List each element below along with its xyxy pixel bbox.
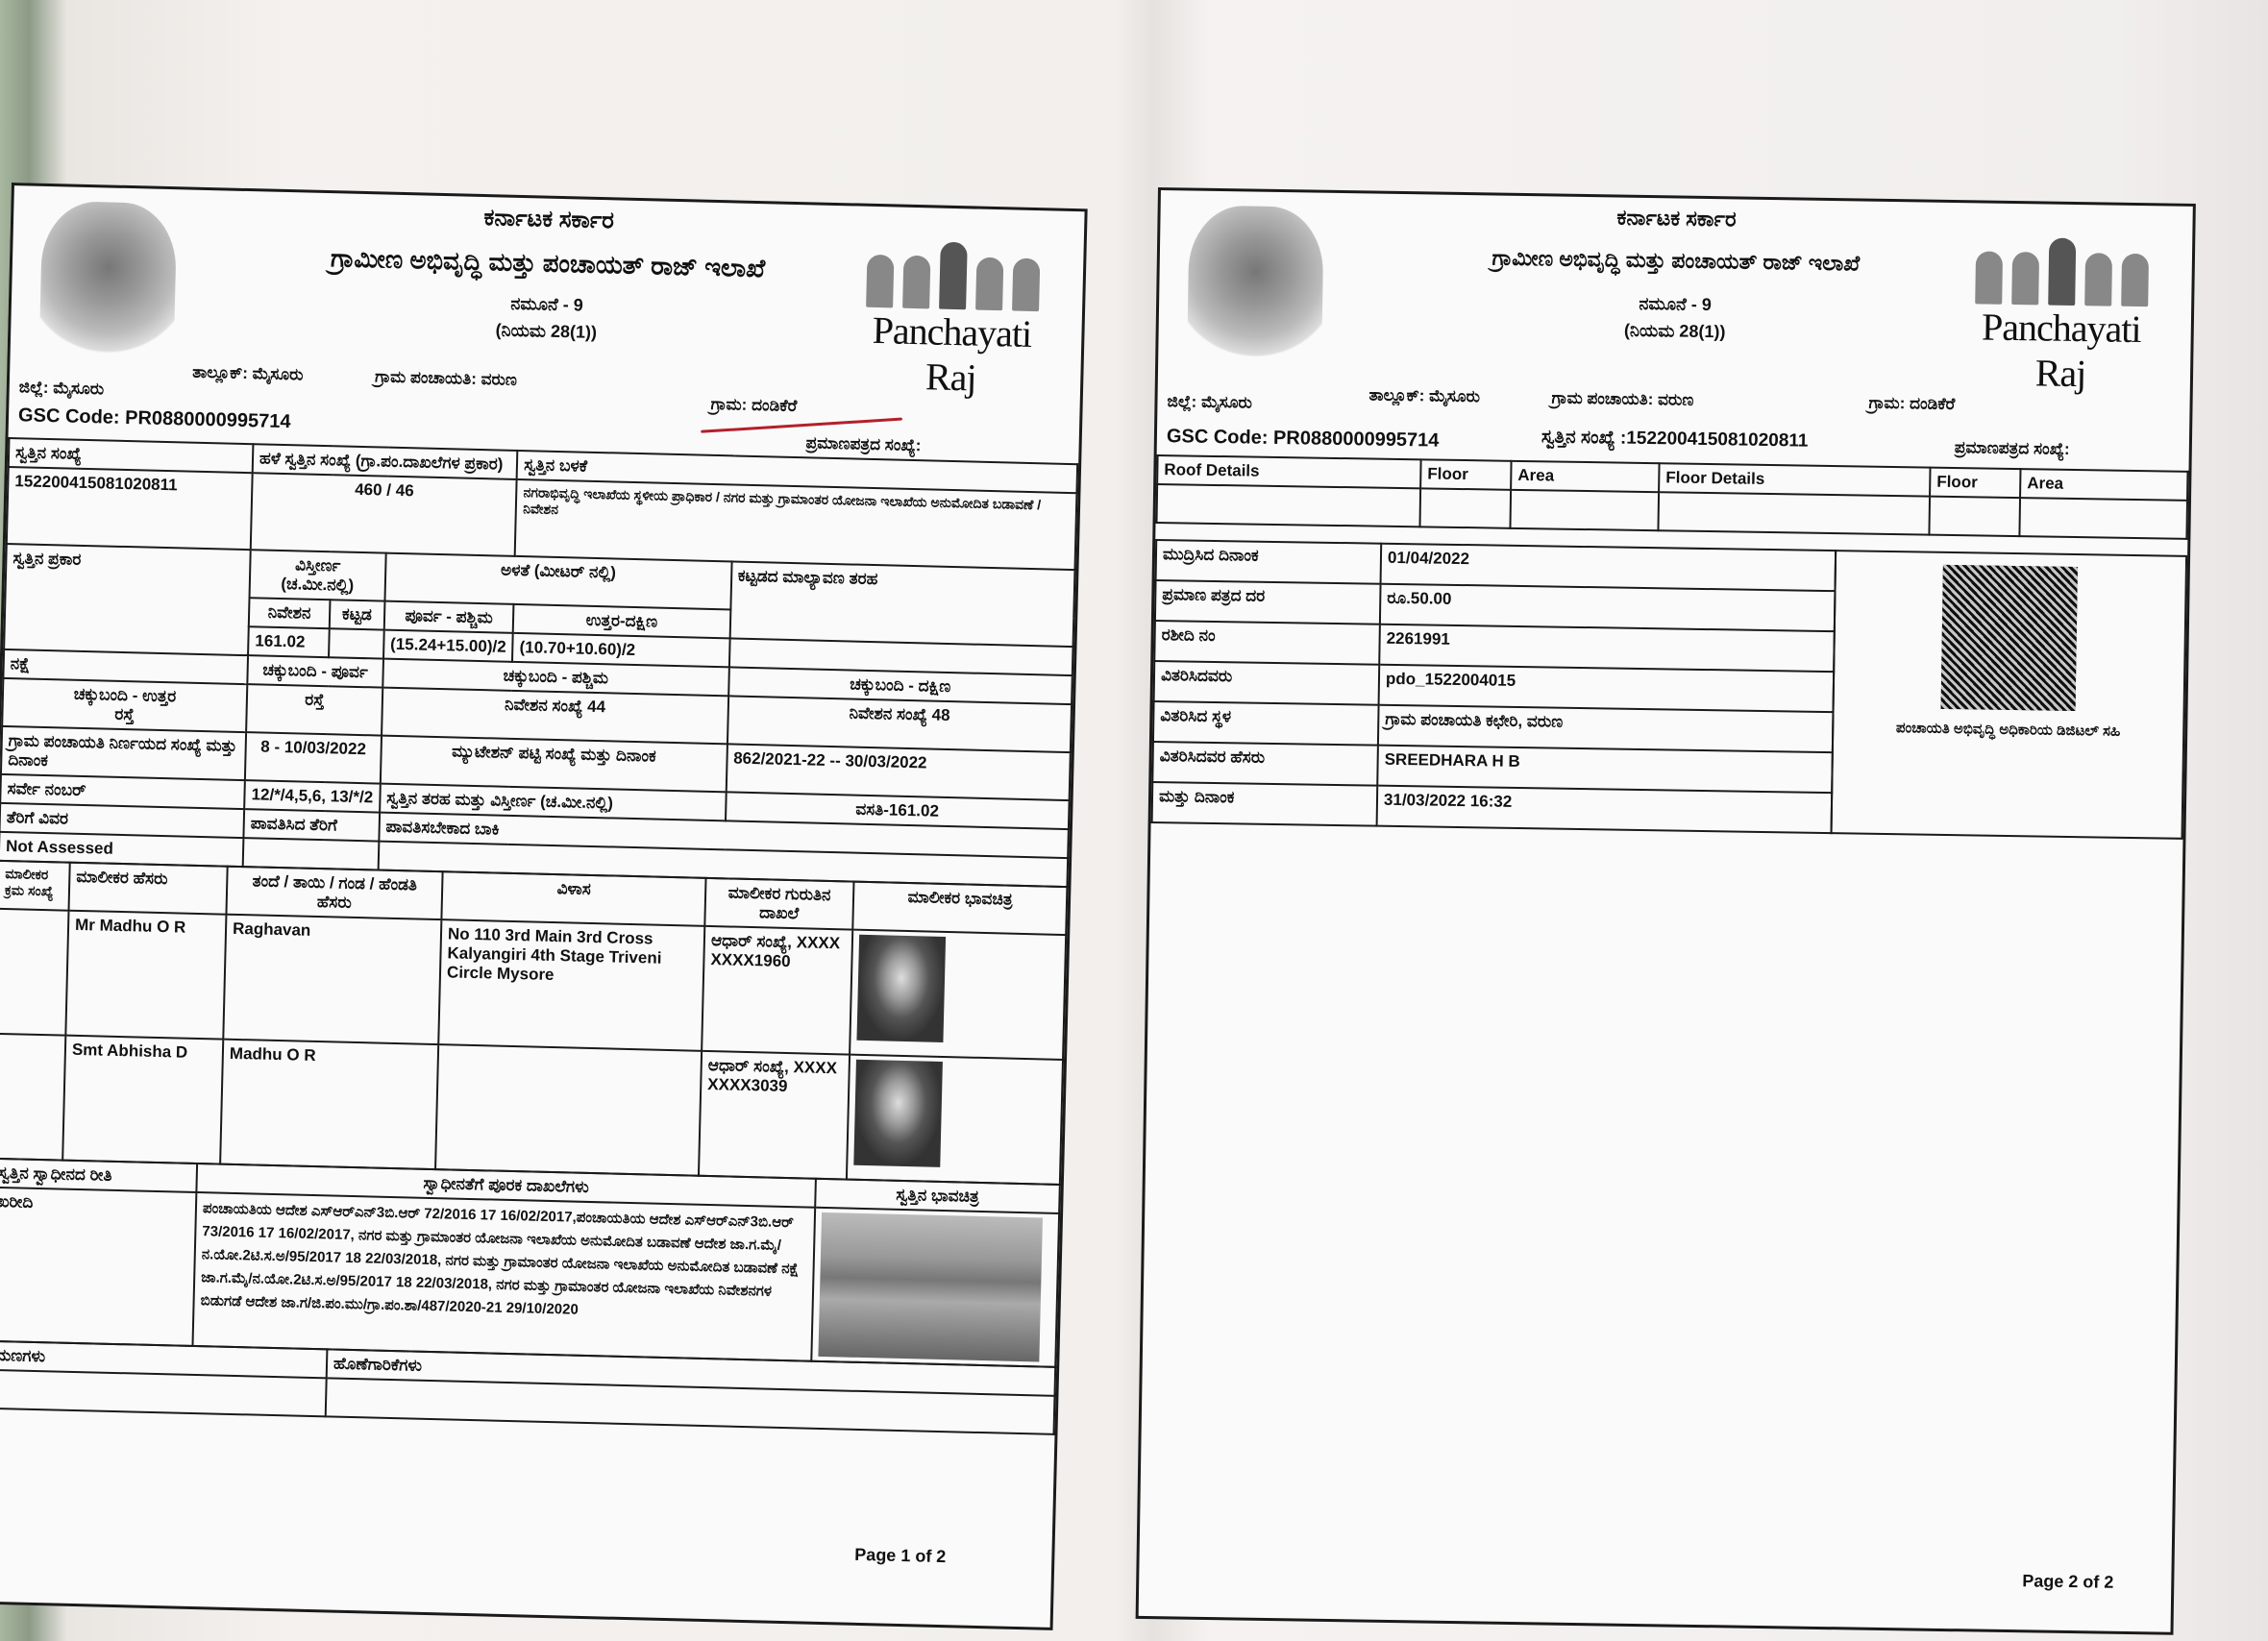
old-number: 460 / 46 xyxy=(251,473,517,556)
detail-value: pdo_1522004015 xyxy=(1379,665,1834,712)
digital-signature-box: ಪಂಚಾಯತಿ ಅಭಿವೃದ್ಧಿ ಅಧಿಕಾರಿಯ ಡಿಜಿಟಲ್ ಸಹಿ xyxy=(1830,550,2187,840)
boundary-east-label: ಚಕ್ಕುಬಂದಿ - ಪೂರ್ವ xyxy=(247,655,382,687)
people-icon xyxy=(1970,227,2154,306)
taluk: ತಾಲ್ಲೂಕ್: ಮೈಸೂರು xyxy=(192,363,304,385)
mutation-label: ಮ್ಯುಟೇಶನ್ ಪಟ್ಟಿ ಸಂಖ್ಯೆ ಮತ್ತು ದಿನಾಂಕ xyxy=(381,736,727,793)
taluk: ತಾಲ್ಲೂಕ್: ಮೈಸೂರು xyxy=(1368,385,1480,406)
detail-value: 2261991 xyxy=(1379,625,1834,672)
building-type-label: ಕಟ್ಟಡದ ಮಾಲ್ಯಾವಣ ತರಹ xyxy=(729,561,1074,647)
form9-page-1: ಕರ್ನಾಟಕ ಸರ್ಕಾರ ಗ್ರಾಮೀಣ ಅಭಿವೃದ್ಧಿ ಮತ್ತು ಪ… xyxy=(0,183,1088,1630)
owner-photo xyxy=(847,1055,1063,1185)
issue-section: ಮುದ್ರಿಸಿದ ದಿನಾಂಕ01/04/2022ಪ್ರಮಾಣ ಪತ್ರದ ದ… xyxy=(1151,539,2188,840)
owners-table: ಮಾಲೀಕರ ಕ್ರಮ ಸಂಖ್ಯೆ ಮಾಲೀಕರ ಹೆಸರು ತಂದೆ / ತ… xyxy=(0,860,1068,1186)
floor-header: Floor xyxy=(1420,459,1511,489)
gsc-code: GSC Code: PR0880000995714 xyxy=(18,404,291,433)
village: ಗ್ರಾಮ: ದಂಡಿಕೆರೆ xyxy=(710,395,797,416)
mutation-value: 862/2021-22 -- 30/03/2022 xyxy=(726,744,1070,800)
signature-caption: ಪಂಚಾಯತಿ ಅಭಿವೃದ್ಧಿ ಅಧಿಕಾರಿಯ ಡಿಜಿಟಲ್ ಸಹಿ xyxy=(1834,719,2182,741)
site-label: ನಿವೇಶನ xyxy=(249,598,331,628)
panchayati-raj-logo: Panchayati Raj xyxy=(1969,227,2155,397)
district: ಜಿಲ್ಲೆ: ಮೈಸೂರು xyxy=(19,378,105,399)
detail-label: ಪ್ರಮಾಣ ಪತ್ರದ ದರ xyxy=(1155,580,1381,625)
page-header: ಕರ್ನಾಟಕ ಸರ್ಕಾರ ಗ್ರಾಮೀಣ ಅಭಿವೃದ್ಧಿ ಮತ್ತು ಪ… xyxy=(1158,190,2193,408)
detail-label: ವಿತರಿಸಿದವರು xyxy=(1154,661,1380,705)
boundary-north: ಚಕ್ಕುಬಂದಿ - ಉತ್ತರರಸ್ತೆ xyxy=(2,678,247,732)
gp-resolution: 8 - 10/03/2022 xyxy=(245,732,382,783)
property-type-label: ಸ್ವತ್ತಿನ ಪ್ರಕಾರ xyxy=(4,544,251,655)
owner-relation: Madhu O R xyxy=(220,1040,438,1169)
ownership-type-label: ಸ್ವತ್ತಿನ ಸ್ವಾಧೀನದ ರೀತಿ xyxy=(0,1159,197,1192)
detail-label: ರಶೀದಿ ನಂ xyxy=(1154,621,1380,665)
owner-col-relation: ತಂದೆ / ತಾಯಿ / ಗಂಡ / ಹೆಂಡತಿ ಹೆಸರು xyxy=(226,867,442,919)
detail-value: ಗ್ರಾಮ ಪಂಚಾಯತಿ ಕಛೇರಿ, ವರುಣ xyxy=(1378,705,1833,752)
owner-name: Mr Madhu O R xyxy=(65,911,226,1040)
red-ink-mark xyxy=(701,418,902,433)
boundary-south: ನಿವೇಶನ ಸಂಖ್ಯೆ 48 xyxy=(727,696,1072,752)
roof-details-header: Roof Details xyxy=(1157,455,1420,488)
property-photo xyxy=(811,1208,1059,1367)
roof-floor-table: Roof Details Floor Area Floor Details Fl… xyxy=(1156,454,2189,540)
owner-col-id: ಮಾಲೀಕರ ಗುರುತಿನ ದಾಖಲೆ xyxy=(704,878,853,930)
village: ಗ್ರಾಮ: ದಂಡಿಕೆರೆ xyxy=(1868,394,1955,414)
ownership-type: ಖರೀದಿ xyxy=(0,1188,196,1346)
floor-header-2: Floor xyxy=(1930,468,2020,498)
paid-tax-value xyxy=(243,838,379,869)
gram-panchayat: ಗ್ರಾಮ ಪಂಚಾಯತಿ: ವರುಣ xyxy=(375,367,517,390)
boundary-east: ರಸ್ತೆ xyxy=(246,684,382,735)
person-photo-icon xyxy=(853,1060,943,1167)
logo-text: Panchayati Raj xyxy=(859,307,1044,403)
owner-col-address: ವಿಳಾಸ xyxy=(441,871,705,926)
certificate-number-label: ಪ್ರಮಾಣಪತ್ರದ ಸಂಖ್ಯೆ: xyxy=(805,433,921,455)
district: ಜಿಲ್ಲೆ: ಮೈಸೂರು xyxy=(1167,392,1252,412)
survey-number: 12/*/4,5,6, 13/*/2 xyxy=(244,780,380,812)
owner-address xyxy=(435,1044,702,1176)
dimensions-header: ಅಳತೆ (ಮೀಟರ್ ನಲ್ಲಿ) xyxy=(384,553,731,610)
detail-label: ವಿತರಿಸಿದ ಸ್ಥಳ xyxy=(1153,701,1379,746)
site-photo-icon xyxy=(818,1212,1043,1362)
person-photo-icon xyxy=(856,935,946,1042)
detail-label: ಮತ್ತು ದಿನಾಂಕ xyxy=(1152,782,1378,826)
east-west-value: (15.24+15.00)/2 xyxy=(383,630,513,662)
detail-value: SREEDHARA H B xyxy=(1377,746,1832,793)
logo-text: Panchayati Raj xyxy=(1969,304,2153,397)
owner-id-document: ಆಧಾರ್ ಸಂಖ್ಯೆ, XXXXXXXX3039 xyxy=(699,1051,850,1180)
area-header-2: Area xyxy=(2020,469,2187,501)
detail-value: ರೂ.50.00 xyxy=(1380,584,1835,631)
usage-value: ನಗರಾಭಿವೃದ್ಧಿ ಇಲಾಖೆಯ ಸ್ಥಳೀಯ ಪ್ರಾಧಿಕಾರ / ನ… xyxy=(515,479,1076,570)
area-header: Area xyxy=(1511,461,1659,492)
ownership-docs: ಪಂಚಾಯತಿಯ ಆದೇಶ ಎಸ್‌ಆರ್‌ಎನ್3ಬಿ.ಆರ್ 72/2016… xyxy=(192,1192,815,1361)
detail-label: ವಿತರಿಸಿದವರ ಹೆಸರು xyxy=(1152,742,1378,786)
property-number: ಸ್ವತ್ತಿನ ಸಂಖ್ಯೆ :152200415081020811 xyxy=(1541,427,1809,452)
page-number: Page 1 of 2 xyxy=(854,1545,947,1567)
owner-address: No 110 3rd Main 3rd Cross Kalyangiri 4th… xyxy=(438,919,704,1051)
gp-resolution-label: ಗ್ರಾಮ ಪಂಚಾಯತಿ ನಿರ್ಣಯದ ಸಂಖ್ಯೆ ಮತ್ತು ದಿನಾಂ… xyxy=(1,726,246,780)
owner-relation: Raghavan xyxy=(223,915,441,1044)
property-id: 152200415081020811 xyxy=(7,467,253,550)
detail-value: 01/04/2022 xyxy=(1381,544,1836,591)
page2-tables: Roof Details Floor Area Floor Details Fl… xyxy=(1151,454,2189,840)
floor-details-header: Floor Details xyxy=(1659,463,1930,496)
people-icon xyxy=(861,231,1046,312)
ownership-table: ಸ್ವತ್ತಿನ ಸ್ವಾಧೀನದ ರೀತಿ ಸ್ವಾಧೀನತೆಗೆ ಪೂರಕ … xyxy=(0,1158,1061,1368)
owner-col-name: ಮಾಲೀಕರ ಹೆಸರು xyxy=(69,863,228,915)
east-west-label: ಪೂರ್ವ - ಪಶ್ಚಿಮ xyxy=(384,601,514,633)
detail-label: ಮುದ್ರಿಸಿದ ದಿನಾಂಕ xyxy=(1156,540,1382,584)
page-header: ಕರ್ನಾಟಕ ಸರ್ಕಾರ ಗ್ರಾಮೀಣ ಅಭಿವೃದ್ಧಿ ಮತ್ತು ಪ… xyxy=(10,185,1085,413)
area-header: ವಿಸ್ತೀರ್ಣ (ಚ.ಮೀ.ನಲ್ಲಿ) xyxy=(250,550,386,600)
site-area: 161.02 xyxy=(248,626,330,657)
form9-page-2: ಕರ್ನಾಟಕ ಸರ್ಕಾರ ಗ್ರಾಮೀಣ ಅಭಿವೃದ್ಧಿ ಮತ್ತು ಪ… xyxy=(1136,187,2196,1635)
gram-panchayat: ಗ್ರಾಮ ಪಂಚಾಯತಿ: ವರುಣ xyxy=(1551,388,1693,409)
building-label: ಕಟ್ಟಡ xyxy=(330,600,385,629)
page-number: Page 2 of 2 xyxy=(2022,1571,2113,1592)
owner-id-document: ಆಧಾರ್ ಸಂಖ್ಯೆ, XXXXXXXX1960 xyxy=(702,926,852,1055)
owner-photo xyxy=(850,930,1066,1060)
property-details-table: ಸ್ವತ್ತಿನ ಸಂಖ್ಯೆ ಹಳೆ ಸ್ವತ್ತಿನ ಸಂಖ್ಯೆ (ಗ್ರ… xyxy=(0,437,1078,1435)
panchayati-raj-logo: Panchayati Raj xyxy=(859,231,1046,403)
gsc-code: GSC Code: PR0880000995714 xyxy=(1167,426,1440,452)
building-area xyxy=(329,628,384,658)
owner-name: Smt Abhisha D xyxy=(62,1036,223,1164)
owner-col-serial: ಮಾಲೀಕರ ಕ್ರಮ ಸಂಖ್ಯೆ xyxy=(0,861,70,911)
boundary-west: ನಿವೇಶನ ಸಂಖ್ಯೆ 44 xyxy=(382,688,728,745)
paid-tax-label: ಪಾವತಿಸಿದ ತೆರಿಗೆ xyxy=(243,809,379,841)
certificate-number-label: ಪ್ರಮಾಣಪತ್ರದ ಸಂಖ್ಯೆ: xyxy=(1955,438,2070,459)
issue-details-table: ಮುದ್ರಿಸಿದ ದಿನಾಂಕ01/04/2022ಪ್ರಮಾಣ ಪತ್ರದ ದ… xyxy=(1151,539,1837,834)
qr-code-icon xyxy=(1941,565,2078,711)
detail-value: 31/03/2022 16:32 xyxy=(1377,786,1832,833)
owner-col-photo: ಮಾಲೀಕರ ಭಾವಚಿತ್ರ xyxy=(852,882,1067,935)
